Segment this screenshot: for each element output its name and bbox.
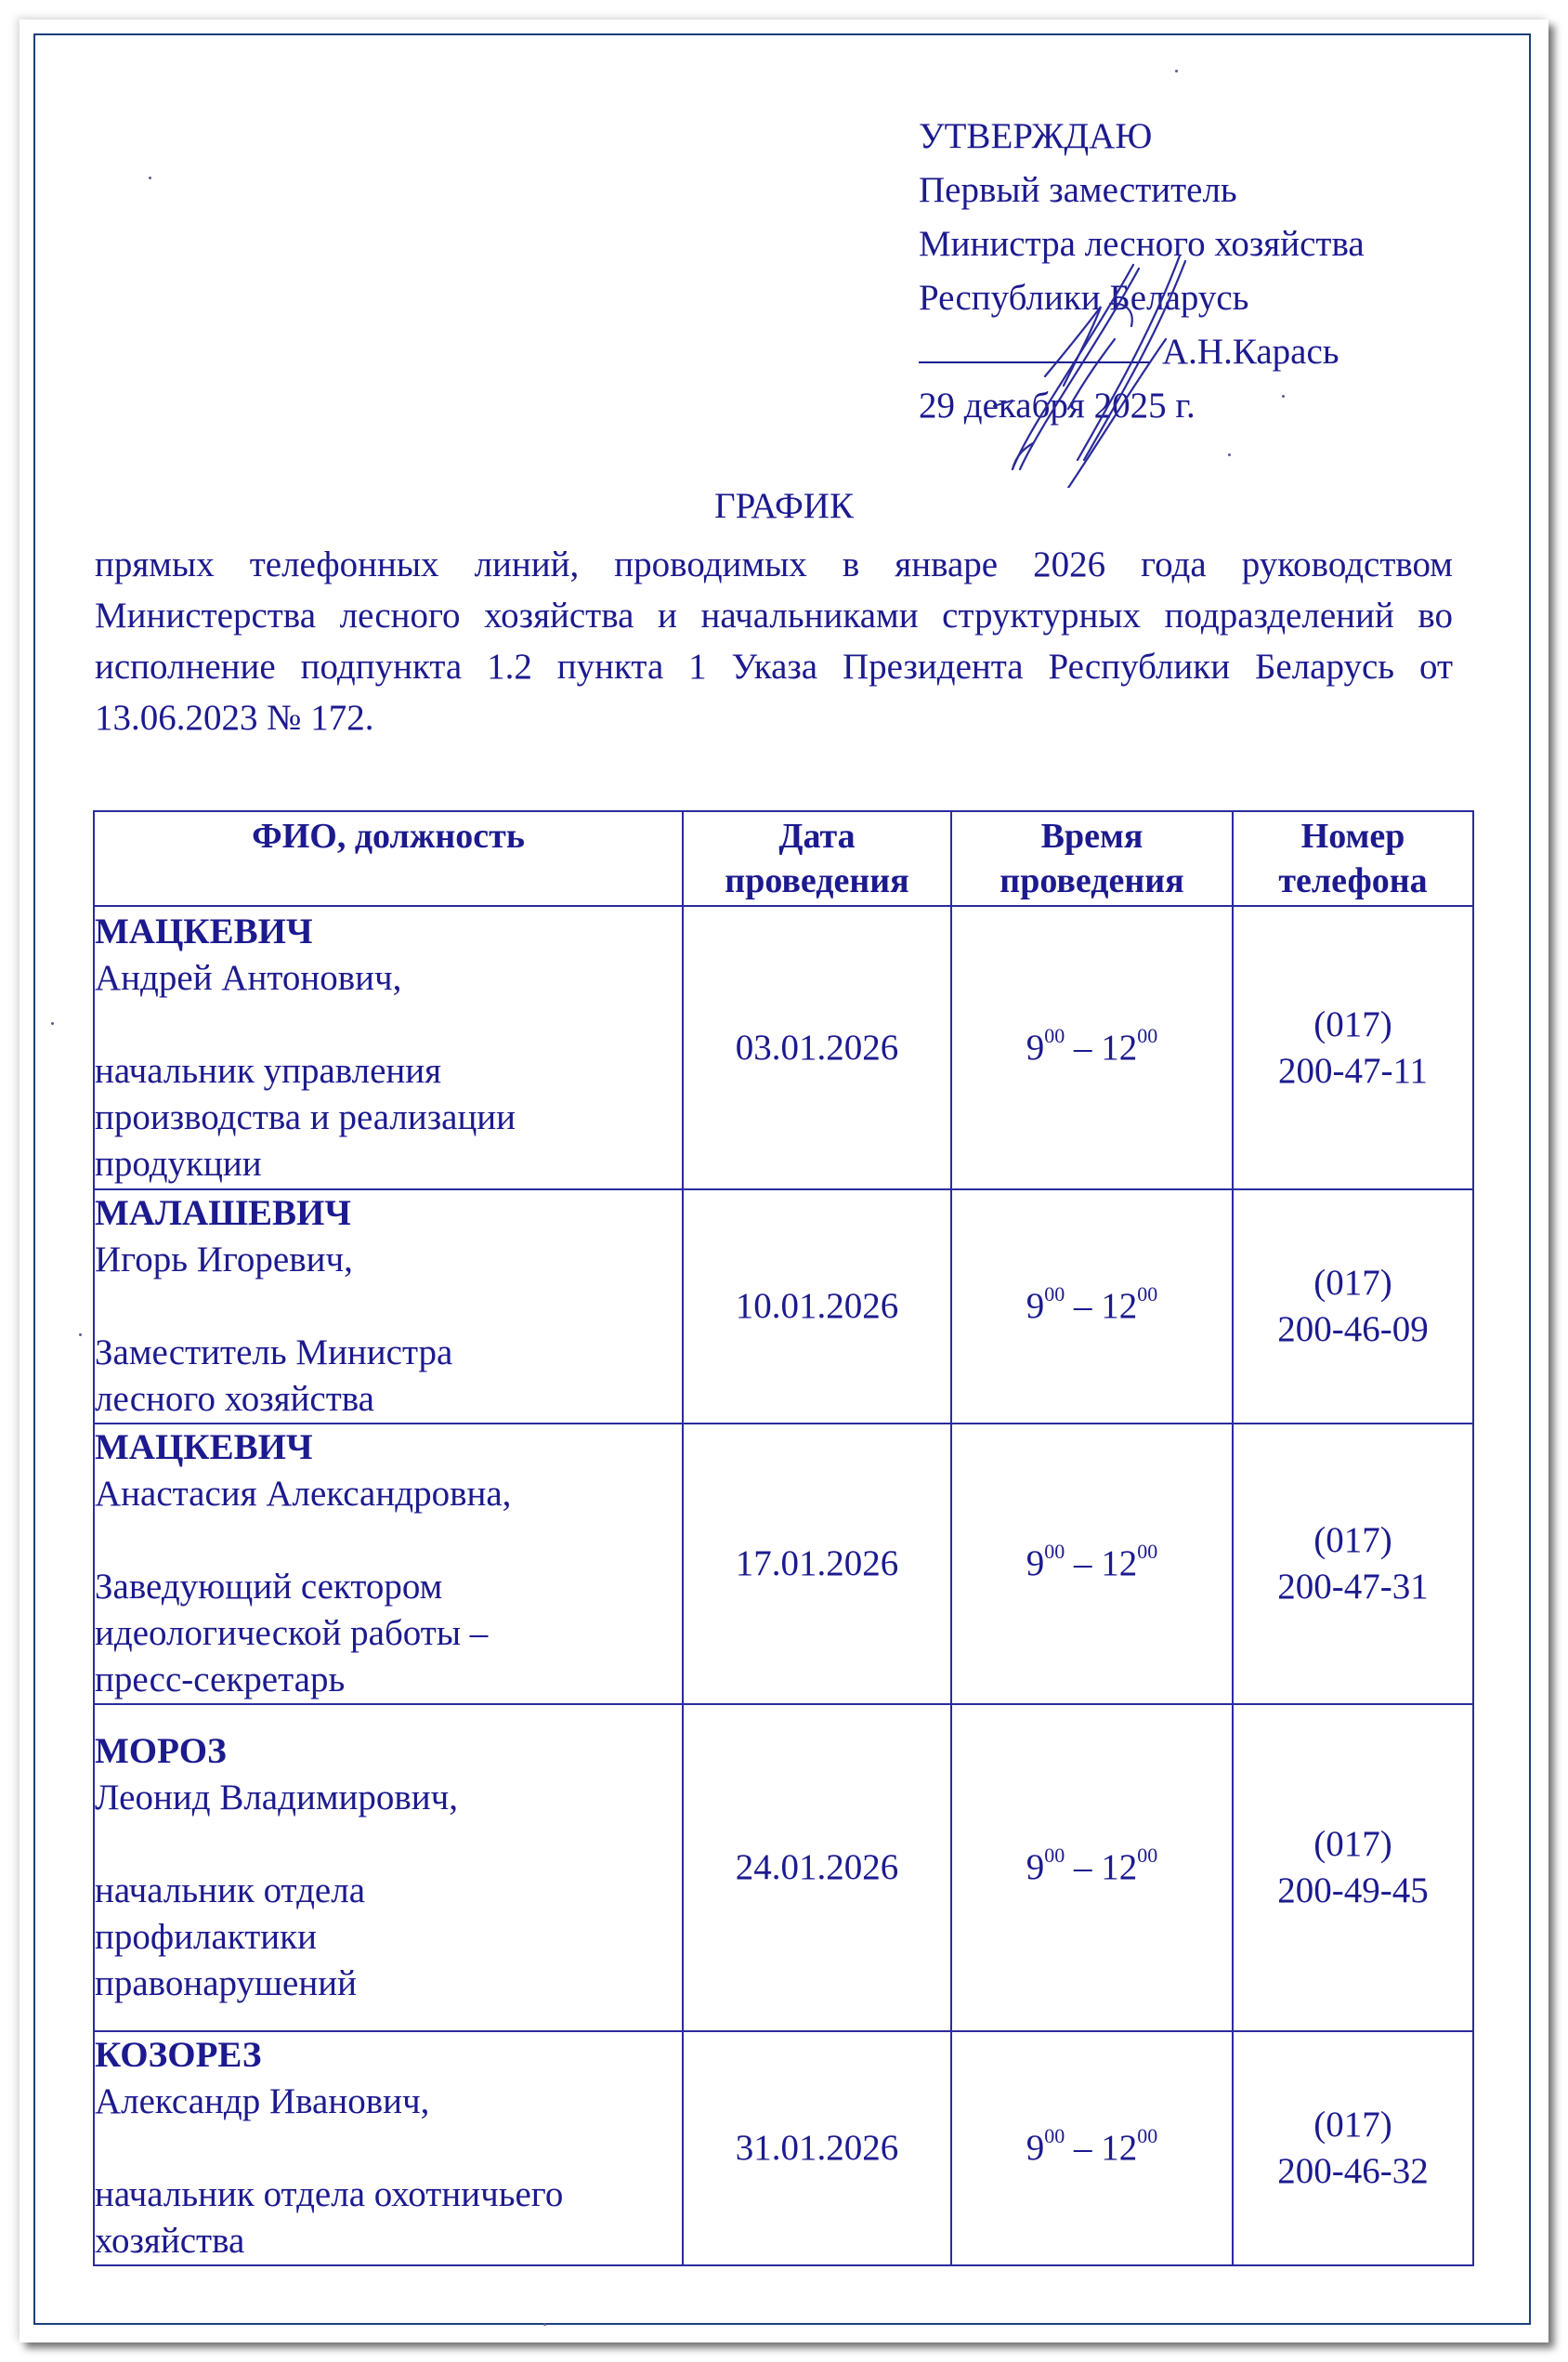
position-line: пресс-секретарь [95, 1657, 682, 1703]
scan-speck [149, 177, 151, 179]
position-line: правонарушений [95, 1961, 682, 2007]
position-line: лесного хозяйства [95, 1376, 682, 1423]
scan-speck [543, 2323, 546, 2326]
phone-code: (017) [1234, 2102, 1472, 2148]
name-position-cell: КОЗОРЕЗ Александр Иванович, начальник от… [94, 2031, 683, 2265]
phone-cell: (017)200-46-32 [1233, 2031, 1473, 2265]
date-cell: 24.01.2026 [683, 1704, 951, 2031]
header-time: Времяпроведения [951, 811, 1233, 906]
phone-code: (017) [1234, 1002, 1472, 1048]
phone-number: 200-47-31 [1234, 1564, 1472, 1610]
time-cell: 900 – 1200 [951, 906, 1233, 1189]
phone-code: (017) [1234, 1260, 1472, 1306]
position-line: продукции [95, 1141, 682, 1188]
surname: МАЦКЕВИЧ [95, 909, 682, 955]
position-line: начальник управления [95, 1048, 682, 1095]
table-row: МАЛАШЕВИЧ Игорь Игоревич, Заместитель Ми… [94, 1189, 1473, 1424]
given-names: Анастасия Александровна, [95, 1471, 682, 1517]
phone-cell: (017)200-47-31 [1233, 1424, 1473, 1704]
time-cell: 900 – 1200 [951, 1189, 1233, 1424]
approval-line: Республики Беларусь [919, 271, 1365, 325]
given-names: Александр Иванович, [95, 2079, 682, 2125]
date-cell: 17.01.2026 [683, 1424, 951, 1704]
surname: КОЗОРЕЗ [95, 2032, 682, 2079]
phone-cell: (017)200-46-09 [1233, 1189, 1473, 1424]
table-row: МАЦКЕВИЧ Анастасия Александровна, Заведу… [94, 1424, 1473, 1704]
surname: МАЦКЕВИЧ [95, 1424, 682, 1471]
given-names: Андрей Антонович, [95, 955, 682, 1002]
date-cell: 31.01.2026 [683, 2031, 951, 2265]
time-cell: 900 – 1200 [951, 1424, 1233, 1704]
phone-cell: (017)200-47-11 [1233, 906, 1473, 1189]
document-title: ГРАФИК [0, 485, 1568, 527]
document-subtitle: прямых телефонных линий, проводимых в ян… [95, 539, 1453, 743]
table-row: КОЗОРЕЗ Александр Иванович, начальник от… [94, 2031, 1473, 2265]
given-names: Игорь Игоревич, [95, 1237, 682, 1283]
position-line: начальник отдела [95, 1868, 682, 1914]
table-row: МОРОЗ Леонид Владимирович, начальник отд… [94, 1704, 1473, 2031]
signatory-name: А.Н.Карась [1162, 332, 1339, 372]
schedule-table: ФИО, должность Датапроведения Времяпрове… [93, 810, 1474, 2266]
scan-speck [1228, 453, 1231, 456]
position-line: идеологической работы – [95, 1610, 682, 1657]
date-cell: 10.01.2026 [683, 1189, 951, 1424]
scan-speck [51, 1022, 54, 1025]
surname: МОРОЗ [95, 1728, 682, 1775]
signature-line [919, 326, 1149, 363]
phone-number: 200-46-09 [1234, 1306, 1472, 1353]
name-position-cell: МАЦКЕВИЧ Андрей Антонович, начальник упр… [94, 906, 683, 1189]
position-line: Заместитель Министра [95, 1330, 682, 1376]
approval-line: Министра лесного хозяйства [919, 217, 1365, 271]
approval-date: 29 декабря 2025 г. [919, 379, 1365, 433]
surname: МАЛАШЕВИЧ [95, 1190, 682, 1237]
signature-line-row: А.Н.Карась [919, 325, 1365, 379]
scan-speck [1282, 395, 1285, 398]
approval-block: УТВЕРЖДАЮ Первый заместитель Министра ле… [919, 110, 1365, 433]
phone-number: 200-46-32 [1234, 2148, 1472, 2195]
scan-speck [79, 1333, 82, 1336]
phone-cell: (017)200-49-45 [1233, 1704, 1473, 2031]
header-name-position: ФИО, должность [94, 811, 683, 906]
table-row: МАЦКЕВИЧ Андрей Антонович, начальник упр… [94, 906, 1473, 1189]
table-header-row: ФИО, должность Датапроведения Времяпрове… [94, 811, 1473, 906]
header-phone: Номертелефона [1233, 811, 1473, 906]
phone-code: (017) [1234, 1517, 1472, 1564]
position-line: Заведующий сектором [95, 1564, 682, 1610]
header-date: Датапроведения [683, 811, 951, 906]
name-position-cell: МОРОЗ Леонид Владимирович, начальник отд… [94, 1704, 683, 2031]
name-position-cell: МАЦКЕВИЧ Анастасия Александровна, Заведу… [94, 1424, 683, 1704]
time-cell: 900 – 1200 [951, 1704, 1233, 2031]
scan-speck [1175, 70, 1178, 72]
date-cell: 03.01.2026 [683, 906, 951, 1189]
name-position-cell: МАЛАШЕВИЧ Игорь Игоревич, Заместитель Ми… [94, 1189, 683, 1424]
approval-line: Первый заместитель [919, 164, 1365, 217]
phone-code: (017) [1234, 1821, 1472, 1868]
phone-number: 200-49-45 [1234, 1868, 1472, 1914]
time-cell: 900 – 1200 [951, 2031, 1233, 2265]
position-line: хозяйства [95, 2218, 682, 2264]
phone-number: 200-47-11 [1234, 1048, 1472, 1095]
given-names: Леонид Владимирович, [95, 1775, 682, 1821]
position-line: начальник отдела охотничьего [95, 2172, 682, 2218]
position-line: профилактики [95, 1914, 682, 1961]
approval-heading: УТВЕРЖДАЮ [919, 110, 1365, 164]
position-line: производства и реализации [95, 1095, 682, 1141]
